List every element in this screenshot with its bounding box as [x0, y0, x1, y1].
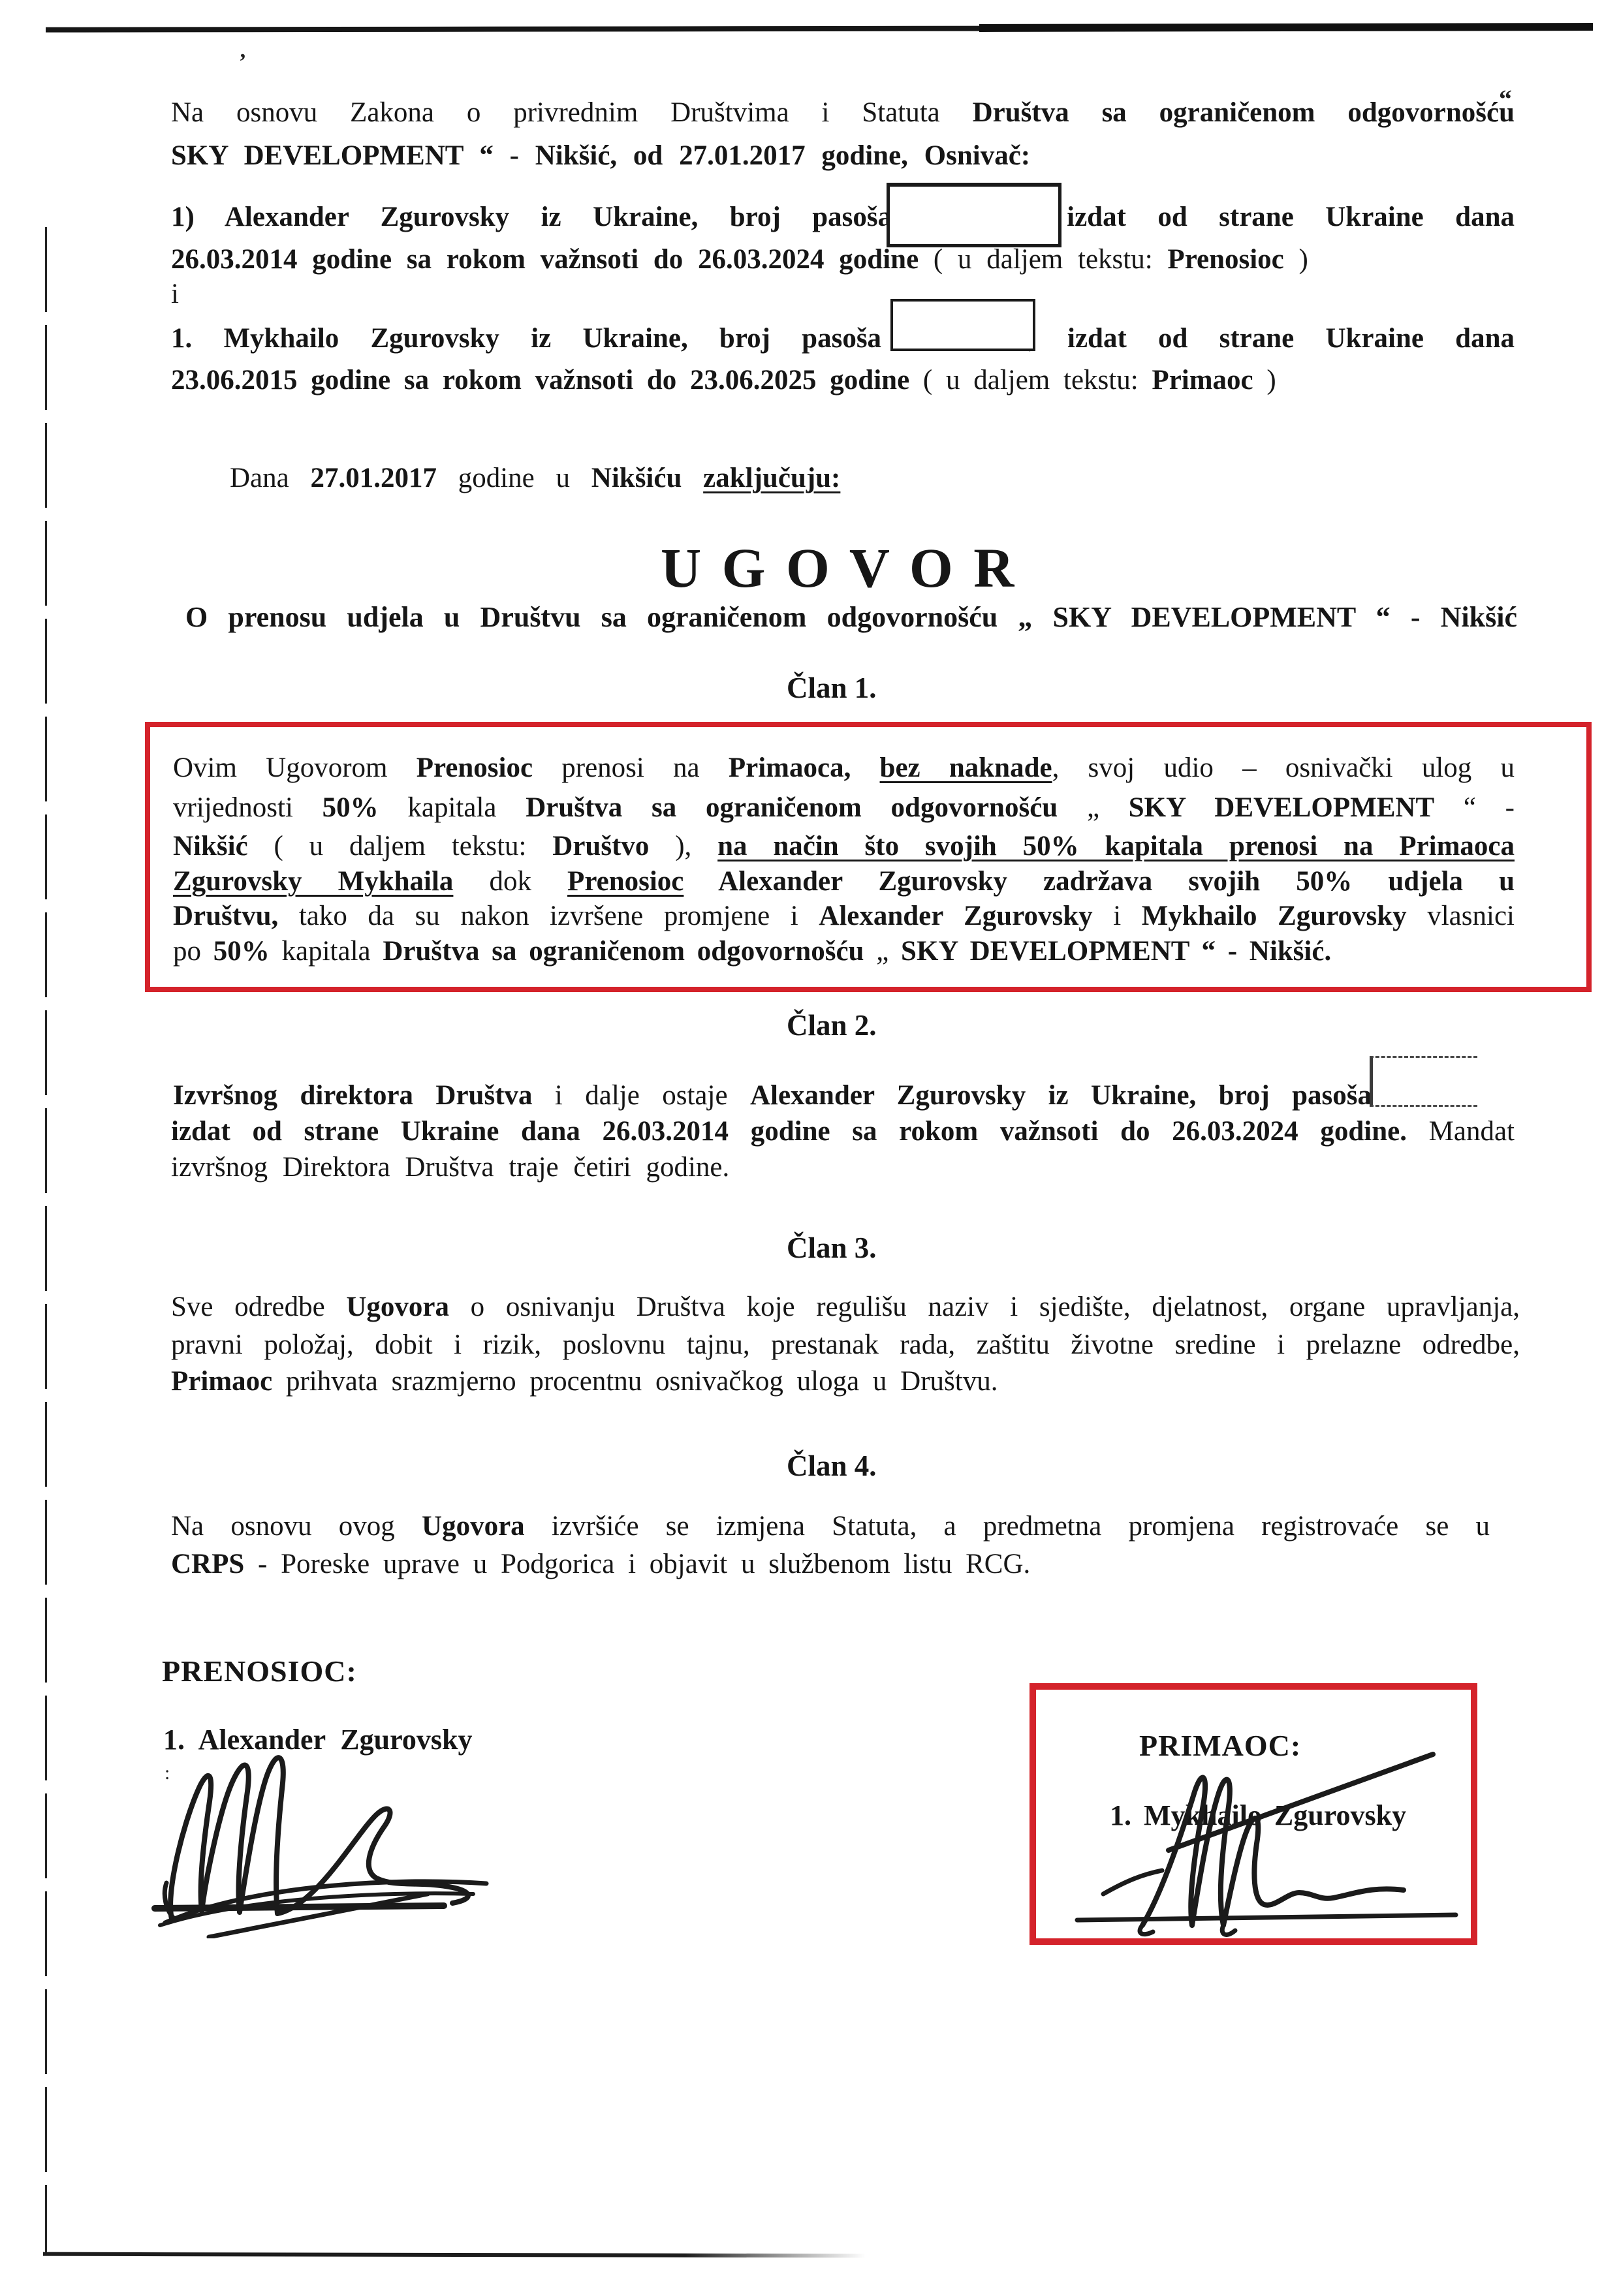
article-3-line-2: pravni položaj, dobit i rizik, poslovnu …	[171, 1327, 1520, 1363]
passport-number-redaction-box-3	[1370, 1056, 1477, 1107]
article-1-line-3: Nikšić ( u daljem tekstu: Društvo ), na …	[173, 829, 1515, 864]
left-margin-rule	[45, 227, 47, 2256]
party-prenosioc-line-2: 26.03.2014 godine sa rokom važnsoti do 2…	[171, 242, 1308, 277]
mykhailo-signature	[1064, 1730, 1469, 1938]
article-3-line-1: Sve odredbe Ugovora o osnivanju Društva …	[171, 1290, 1520, 1325]
stray-apostrophe-mark: ’	[239, 50, 246, 74]
party-primaoc-line-2: 23.06.2015 godine sa rokom važnsoti do 2…	[171, 363, 1276, 398]
article-3-line-3: Primaoc prihvata srazmjerno procentnu os…	[171, 1364, 998, 1399]
contract-title: U G O V O R	[661, 535, 1017, 600]
passport-number-redaction-box-2	[890, 299, 1035, 351]
contract-scan-page: ’ “ : Na osnovu Zakona o privrednim Druš…	[0, 0, 1619, 2296]
article-1-line-5: Društvu, tako da su nakon izvršene promj…	[173, 899, 1515, 934]
article-2-line-1: Izvršnog direktora Društva i dalje ostaj…	[173, 1078, 1372, 1113]
party-primaoc-line-1: 1. Mykhailo Zgurovsky iz Ukraine, broj p…	[171, 321, 1515, 356]
article-2-heading: Član 2.	[787, 1008, 877, 1042]
alexander-signature	[147, 1723, 526, 1938]
article-3-heading: Član 3.	[787, 1231, 877, 1265]
conclusion-date-line: Dana 27.01.2017 godine u Nikšiću zaključ…	[230, 461, 840, 496]
article-1-heading: Član 1.	[787, 671, 877, 705]
conjunction-i: i	[171, 277, 179, 312]
intro-line-1: Na osnovu Zakona o privrednim Društvima …	[171, 95, 1515, 131]
bottom-scan-rule	[43, 2252, 866, 2258]
contract-subtitle: O prenosu udjela u Društvu sa ograničeno…	[185, 599, 1517, 635]
article-4-line-2: CRPS - Poreske uprave u Podgorica i obja…	[171, 1547, 1030, 1582]
article-1-line-2: vrijednosti 50% kapitala Društva sa ogra…	[173, 790, 1515, 826]
article-4-line-1: Na osnovu ovog Ugovora izvršiće se izmje…	[171, 1509, 1490, 1544]
article-1-line-4: Zgurovsky Mykhaila dok Prenosioc Alexand…	[173, 864, 1515, 899]
article-4-heading: Član 4.	[787, 1449, 877, 1483]
article-1-line-6: po 50% kapitala Društva sa ograničenom o…	[173, 934, 1331, 969]
article-2-line-3: izvršnog Direktora Društva traje četiri …	[171, 1150, 729, 1185]
passport-number-redaction-box-1	[887, 183, 1061, 247]
article-2-line-2: izdat od strane Ukraine dana 26.03.2014 …	[171, 1114, 1515, 1149]
intro-line-2: SKY DEVELOPMENT “ - Nikšić, od 27.01.201…	[171, 138, 1030, 174]
prenosioc-label: PRENOSIOC:	[162, 1654, 357, 1688]
article-1-line-1: Ovim Ugovorom Prenosioc prenosi na Prima…	[173, 751, 1515, 786]
party-prenosioc-line-1: 1) Alexander Zgurovsky iz Ukraine, broj …	[171, 200, 1515, 235]
top-scan-rule-thick-end	[979, 23, 1593, 32]
